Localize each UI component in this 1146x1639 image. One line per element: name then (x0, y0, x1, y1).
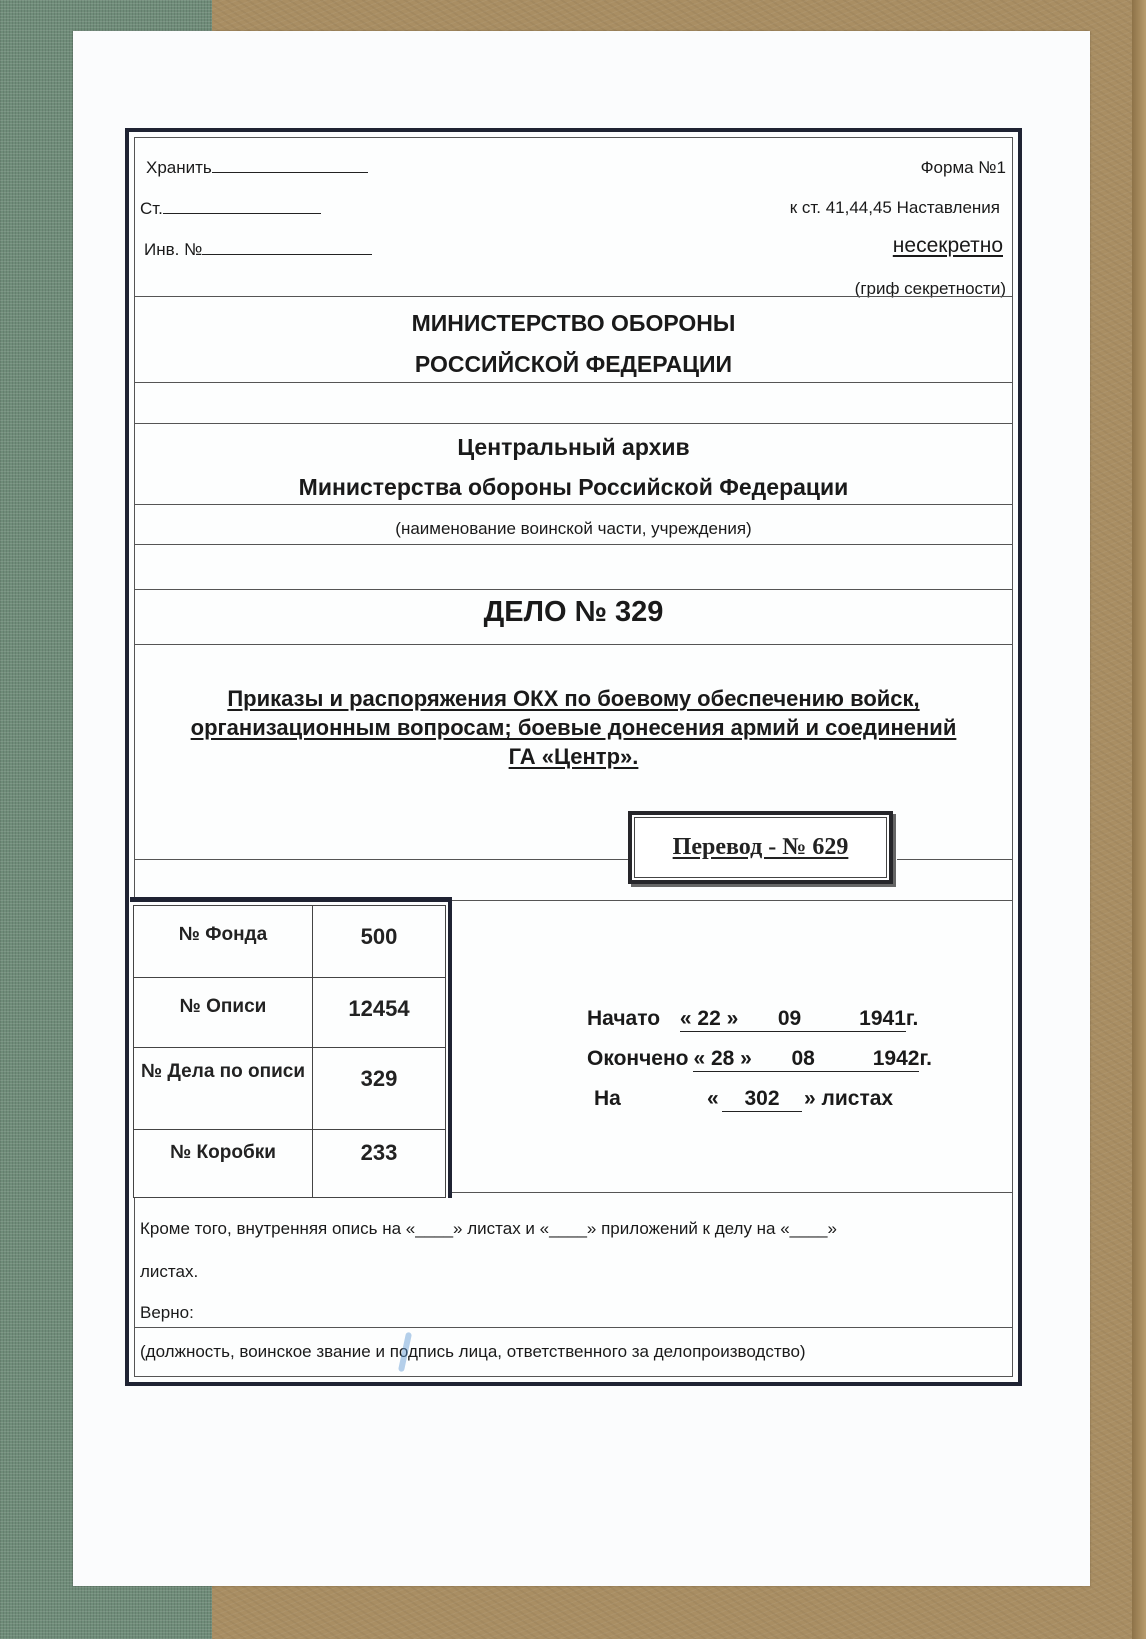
divider (134, 859, 629, 860)
divider (134, 296, 1013, 297)
sheets-count[interactable]: 302 (722, 1087, 802, 1112)
folder-edge (1132, 0, 1146, 1639)
form-number: Форма №1 (921, 158, 1006, 178)
ended-label: Окончено (587, 1047, 688, 1070)
sheets-row: На « 302 » листах (594, 1087, 621, 1111)
translation-stamp: Перевод - № 629 (628, 811, 893, 884)
article-field: Ст. (140, 199, 321, 219)
table-row: № Коробки 233 (134, 1130, 446, 1198)
regulation-reference: к ст. 41,44,45 Наставления (790, 198, 1000, 218)
divider (134, 504, 1013, 505)
case-title: ДЕЛО № 329 (129, 596, 1018, 629)
fond-label: № Фонда (134, 906, 313, 978)
started-day: « 22 » (680, 1007, 738, 1030)
box-label: № Коробки (134, 1130, 313, 1198)
ended-day: « 28 » (693, 1047, 751, 1070)
divider (134, 423, 1013, 424)
sheets-label: На (594, 1087, 621, 1110)
institution-line-2: Министерства обороны Российской Федераци… (129, 474, 1018, 501)
inventory-field: Инв. № (144, 240, 372, 260)
store-label: Хранить (146, 158, 212, 177)
additional-inventory-line-2: листах. (140, 1262, 198, 1282)
divider (897, 859, 1013, 860)
ended-year: 1942 (873, 1047, 920, 1071)
opis-value: 12454 (313, 978, 446, 1048)
started-month: 09 (778, 1007, 801, 1031)
archive-reference-table: № Фонда 500 № Описи 12454 № Дела по опис… (130, 897, 452, 1198)
year-suffix: г. (906, 1007, 918, 1030)
ministry-line-2: РОССИЙСКОЙ ФЕДЕРАЦИИ (129, 351, 1018, 378)
case-number-label: № Дела по описи (134, 1048, 313, 1130)
store-field: Хранить (146, 158, 368, 178)
divider (134, 382, 1013, 383)
divider (134, 1327, 1013, 1328)
article-label: Ст. (140, 199, 163, 218)
fond-value: 500 (313, 906, 446, 978)
case-description-line-1: Приказы и распоряжения ОКХ по боевому об… (129, 686, 1018, 712)
case-description-line-2: организационным вопросам; боевые донесен… (129, 715, 1018, 741)
institution-caption: (наименование воинской части, учреждения… (129, 519, 1018, 539)
article-input-line[interactable] (163, 213, 321, 214)
started-date-field[interactable]: « 22 » 09 1941 (680, 1007, 906, 1032)
table-row: № Фонда 500 (134, 906, 446, 978)
case-number-value: 329 (313, 1048, 446, 1130)
year-suffix: г. (919, 1047, 931, 1070)
verified-label: Верно: (140, 1303, 194, 1323)
translation-stamp-text: Перевод - № 629 (634, 817, 887, 878)
ended-month: 08 (791, 1047, 814, 1071)
started-year: 1941 (859, 1007, 906, 1031)
divider (134, 644, 1013, 645)
started-row: Начато « 22 » 09 1941 г. (587, 1007, 918, 1032)
signature-caption: (должность, воинское звание и подпись ли… (140, 1342, 806, 1362)
divider (449, 1192, 1013, 1193)
ministry-line-1: МИНИСТЕРСТВО ОБОРОНЫ (129, 310, 1018, 337)
box-value: 233 (313, 1130, 446, 1198)
sheets-close-label: » листах (804, 1087, 893, 1111)
table-row: № Дела по описи 329 (134, 1048, 446, 1130)
ended-row: Окончено « 28 » 08 1942 г. (587, 1047, 932, 1072)
inventory-label: Инв. № (144, 240, 202, 259)
case-description-line-3: ГА «Центр». (129, 744, 1018, 770)
inventory-input-line[interactable] (202, 254, 372, 255)
store-input-line[interactable] (212, 172, 368, 173)
divider (134, 589, 1013, 590)
institution-line-1: Центральный архив (129, 434, 1018, 461)
table-row: № Описи 12454 (134, 978, 446, 1048)
additional-inventory-line-1: Кроме того, внутренняя опись на «____» л… (140, 1219, 837, 1239)
opis-label: № Описи (134, 978, 313, 1048)
sheets-open-quote: « (707, 1087, 719, 1111)
started-label: Начато (587, 1007, 660, 1030)
classification: несекретно (893, 234, 1003, 258)
ended-date-field[interactable]: « 28 » 08 1942 (693, 1047, 919, 1072)
divider (134, 544, 1013, 545)
